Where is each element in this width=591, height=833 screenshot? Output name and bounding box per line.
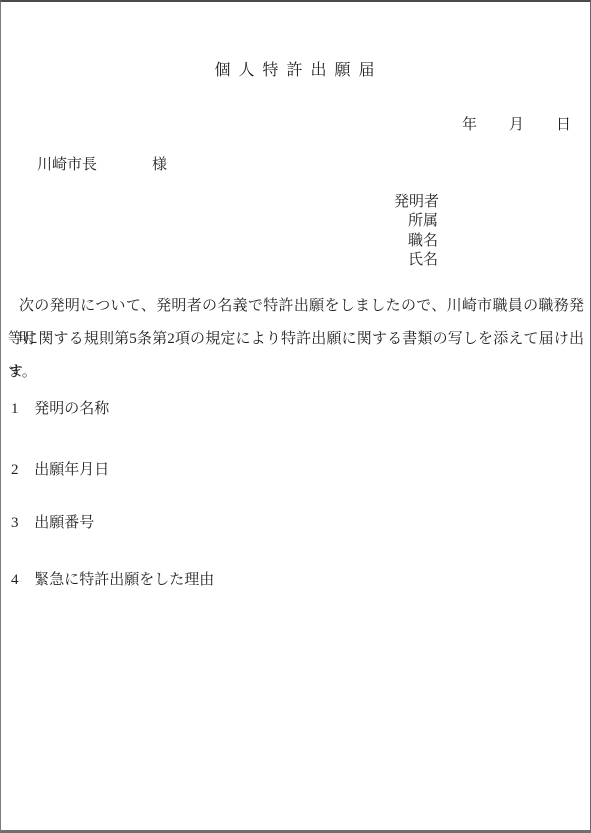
recipient-honorific: 様 (152, 156, 167, 174)
inventor-heading: 発明者 (394, 193, 439, 212)
date-month-label: 月 (509, 116, 524, 134)
list-item-number: 3 (11, 515, 19, 531)
recipient-line: 川崎市長 様 (37, 156, 167, 174)
inventor-field-job-title: 職名 (394, 232, 439, 251)
list-item-urgency-reason: 4 緊急に特許出願をした理由 (11, 571, 214, 589)
body-line-2: 等に関する規則第5条第2項の規定により特許出願に関する書類の写しを添えて届け出ま (8, 323, 584, 356)
list-item-label: 緊急に特許出願をした理由 (34, 572, 214, 588)
list-item-number: 4 (11, 572, 19, 588)
date-line: 年 月 日 (462, 116, 571, 134)
inventor-field-affiliation: 所属 (394, 212, 439, 231)
list-item-number: 2 (11, 462, 19, 478)
list-item-label: 出願年月日 (34, 462, 109, 478)
list-item-number: 1 (11, 401, 19, 417)
recipient-name: 川崎市長 (37, 156, 97, 174)
document-title: 個 人 特 許 出 願 届 (1, 61, 590, 81)
list-item-label: 出願番号 (34, 515, 94, 531)
inventor-block: 発明者 所属 職名 氏名 (394, 193, 439, 271)
body-paragraph: 次の発明について、発明者の名義で特許出願をしましたので、川崎市職員の職務発明 等… (8, 290, 584, 389)
list-item-invention-title: 1 発明の名称 (11, 400, 109, 418)
list-item-label: 発明の名称 (34, 401, 109, 417)
list-item-application-date: 2 出願年月日 (11, 461, 109, 479)
inventor-field-name: 氏名 (394, 251, 439, 270)
document-page: 個 人 特 許 出 願 届 年 月 日 川崎市長 様 発明者 所属 職名 氏名 … (0, 0, 591, 833)
body-line-1: 次の発明について、発明者の名義で特許出願をしましたので、川崎市職員の職務発明 (8, 290, 584, 323)
body-line-3: す。 (8, 356, 584, 389)
date-day-label: 日 (556, 116, 571, 134)
list-item-application-number: 3 出願番号 (11, 514, 94, 532)
date-year-label: 年 (462, 116, 477, 134)
